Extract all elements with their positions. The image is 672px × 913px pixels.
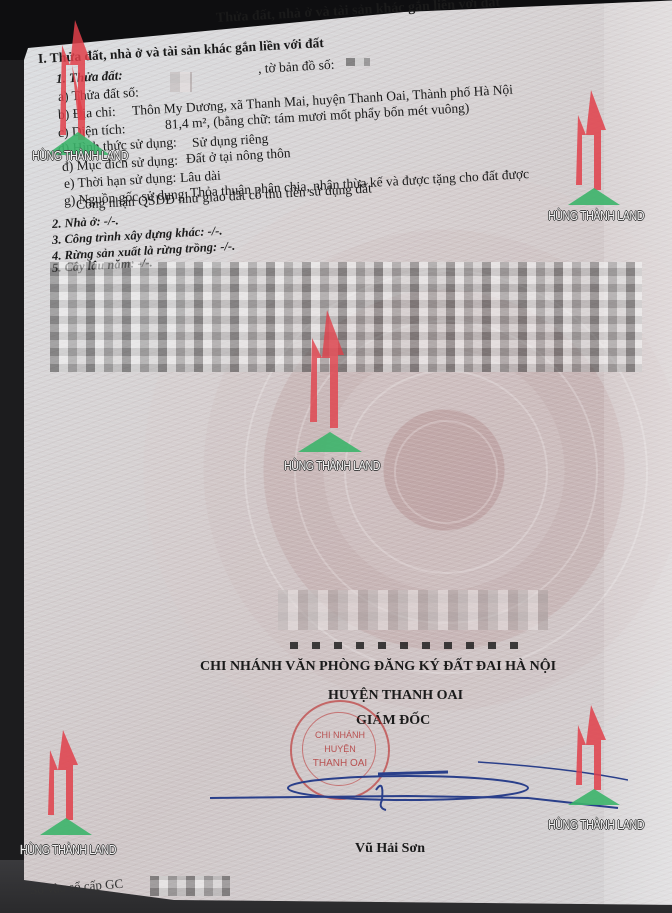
watermark-text: HÙNG THÀNH LAND (547, 817, 645, 832)
watermark-logo: HÙNG THÀNH LAND (556, 90, 636, 240)
watermark-logo-icon (28, 730, 108, 840)
issuer-line1: CHI NHÁNH VĂN PHÒNG ĐĂNG KÝ ĐẤT ĐAI HÀ N… (200, 660, 556, 674)
watermark-logo-icon (556, 705, 636, 815)
drum-pattern-ring (394, 420, 498, 524)
watermark-logo-icon (292, 310, 372, 460)
watermark-text: HÙNG THÀNH LAND (283, 458, 381, 473)
watermark-text: HÙNG THÀNH LAND (547, 208, 645, 223)
watermark-logo-icon (40, 20, 120, 160)
watermark-text: HÙNG THÀNH LAND (31, 148, 129, 163)
watermark-logo: HÙNG THÀNH LAND (28, 730, 108, 880)
watermark-logo: HÙNG THÀNH LAND (40, 20, 120, 170)
seal-text-line1: CHI NHÁNH (292, 730, 388, 740)
seal-text-line2: HUYỆN (292, 744, 388, 754)
map-sheet-redacted (346, 58, 370, 66)
redacted-date-block (278, 590, 548, 630)
term-value: Lâu dài (180, 169, 222, 185)
signatory-name: Vũ Hải Sơn (355, 842, 425, 856)
watermark-logo: HÙNG THÀNH LAND (292, 310, 372, 460)
register-redacted (150, 876, 230, 896)
watermark-logo: HÙNG THÀNH LAND (556, 705, 636, 855)
watermark-text: HÙNG THÀNH LAND (19, 842, 117, 857)
redacted-date-line (290, 642, 530, 649)
parcel-number-redacted (170, 72, 192, 92)
